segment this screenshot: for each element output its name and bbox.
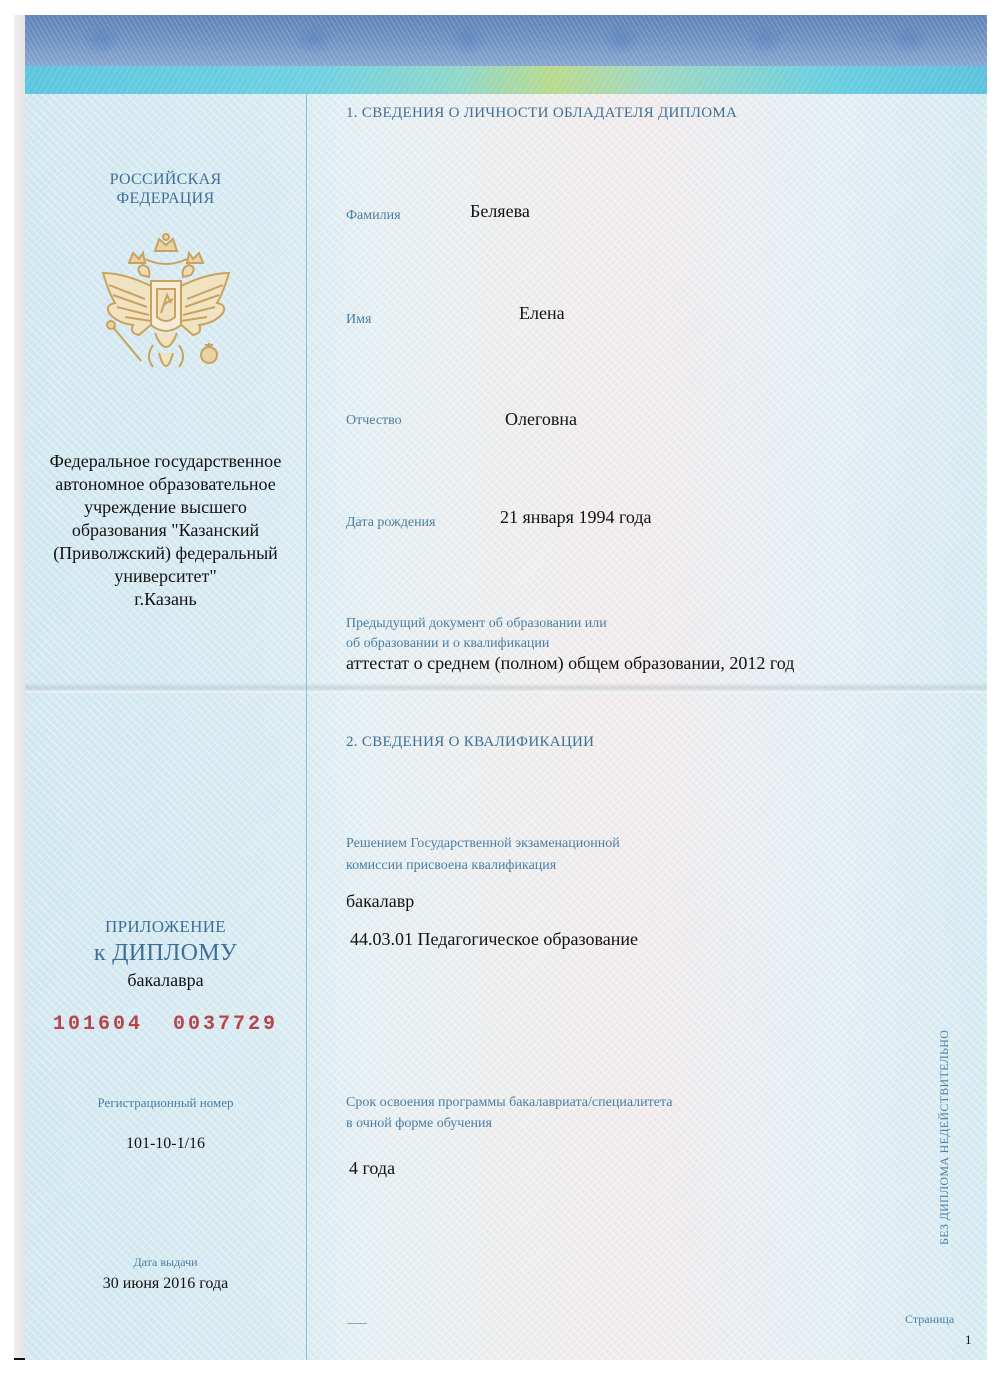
country-line-1: РОССИЙСКАЯ xyxy=(25,170,306,189)
section-2-title: 2. СВЕДЕНИЯ О КВАЛИФИКАЦИИ xyxy=(346,734,594,751)
validity-note: БЕЗ ДИПЛОМА НЕДЕЙСТВИТЕЛЬНО xyxy=(937,1030,952,1245)
diploma-appendix-page: РОССИЙСКАЯ ФЕДЕРАЦИЯ xyxy=(25,15,987,1360)
birthdate-label: Дата рождения xyxy=(346,515,436,531)
birthdate-value: 21 января 1994 года xyxy=(500,507,652,528)
specialty-value: 44.03.01 Педагогическое образование xyxy=(350,929,638,950)
institution-line: автономное образовательное xyxy=(25,473,306,496)
prev-doc-label-line-1: Предыдущий документ об образовании или xyxy=(346,616,607,632)
serial-number: 101604 0037729 xyxy=(25,1013,306,1036)
name-value: Елена xyxy=(519,303,565,324)
guilloche-cyan-band xyxy=(25,66,987,94)
institution-line: Федеральное государственное xyxy=(25,450,306,473)
qualification-value: бакалавр xyxy=(346,891,414,912)
duration-label-line-2: в очной форме обучения xyxy=(346,1116,492,1132)
appendix-title-line-1: ПРИЛОЖЕНИЕ xyxy=(25,917,306,937)
institution-city: г.Казань xyxy=(25,588,306,611)
appendix-title-line-2: к ДИПЛОМУ xyxy=(25,940,306,967)
name-label: Имя xyxy=(346,312,371,328)
page-number: 1 xyxy=(965,1332,972,1348)
country-line-2: ФЕДЕРАЦИЯ xyxy=(25,189,306,208)
degree-level: бакалавра xyxy=(25,970,306,991)
qualification-label-line-2: комиссии присвоена квалификация xyxy=(346,858,556,874)
institution-name: Федеральное государственное автономное о… xyxy=(25,450,306,611)
issue-date: 30 июня 2016 года xyxy=(25,1275,306,1293)
guilloche-top-band xyxy=(25,15,987,66)
surname-label: Фамилия xyxy=(346,208,401,224)
surname-value: Беляева xyxy=(470,201,530,222)
institution-line: образования "Казанский xyxy=(25,519,306,542)
prev-doc-label-line-2: об образовании и о квалификации xyxy=(346,636,549,652)
duration-label-line-1: Срок освоения программы бакалавриата/спе… xyxy=(346,1095,672,1111)
institution-line: университет" xyxy=(25,565,306,588)
institution-line: (Приволжский) федеральный xyxy=(25,542,306,565)
prev-doc-value: аттестат о среднем (полном) общем образо… xyxy=(346,653,794,674)
issue-date-label: Дата выдачи xyxy=(25,1255,306,1270)
russian-coat-of-arms-icon xyxy=(95,233,237,383)
patronymic-label: Отчество xyxy=(346,413,402,429)
footer-dash xyxy=(347,1323,367,1324)
qualification-label-line-1: Решением Государственной экзаменационной xyxy=(346,836,620,852)
page-label: Страница xyxy=(905,1312,954,1327)
patronymic-value: Олеговна xyxy=(505,409,577,430)
column-divider xyxy=(306,94,307,1360)
duration-value: 4 года xyxy=(349,1158,395,1179)
fold-line xyxy=(25,683,987,693)
registration-number-label: Регистрационный номер xyxy=(25,1095,306,1111)
registration-number: 101-10-1/16 xyxy=(25,1135,306,1153)
country-name: РОССИЙСКАЯ ФЕДЕРАЦИЯ xyxy=(25,170,306,208)
institution-line: учреждение высшего xyxy=(25,496,306,519)
section-1-title: 1. СВЕДЕНИЯ О ЛИЧНОСТИ ОБЛАДАТЕЛЯ ДИПЛОМ… xyxy=(346,105,737,122)
